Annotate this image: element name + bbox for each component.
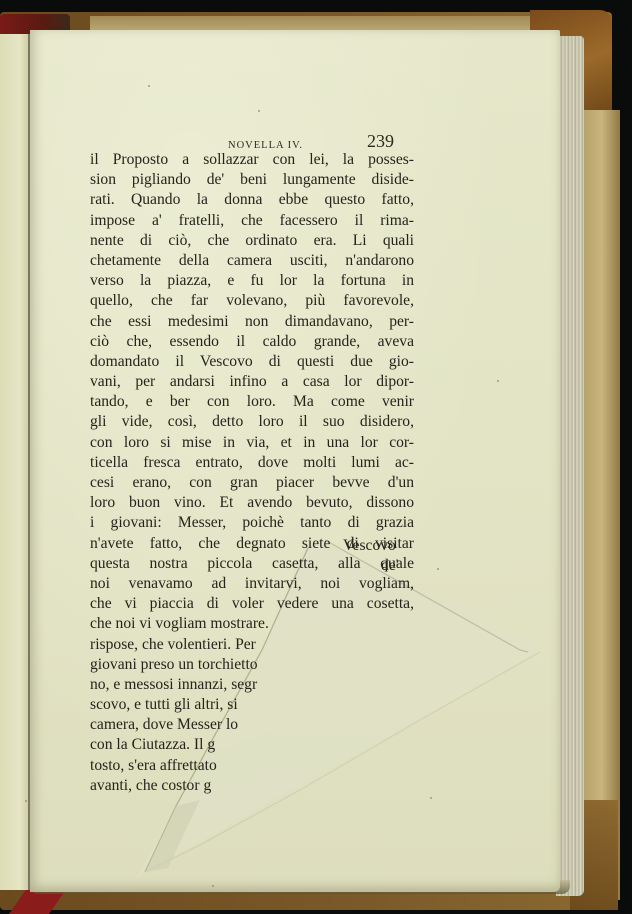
text-line: con loro si mise in via, et in una lor c… — [90, 433, 414, 453]
text-line: avanti, che costor g — [90, 776, 414, 796]
text-line: vani, per andarsi infino a casa lor dipo… — [90, 372, 414, 392]
page-block-edges — [556, 36, 584, 896]
text-line: rispose, che volentieri. Per — [90, 635, 414, 655]
body-text: il Proposto a sollazzar con lei, la poss… — [90, 150, 414, 796]
text-line: che vi piaccia di voler vedere una coset… — [90, 594, 414, 614]
text-line: verso la piazza, e fu lor la fortuna in — [90, 271, 414, 291]
text-line: che essi medesimi non dimandavano, per- — [90, 312, 414, 332]
text-fragment-right: Vescovo — [343, 537, 396, 555]
text-line: tando, e ber con loro. Ma come venir — [90, 392, 414, 412]
text-line: sion pigliando de' beni lungamente disid… — [90, 170, 414, 190]
text-line: i giovani: Messer, poichè tanto di grazi… — [90, 513, 414, 533]
text-line: gli vide, così, detto loro il suo diside… — [90, 412, 414, 432]
text-line: camera, dove Messer lo — [90, 715, 414, 735]
text-line: giovani preso un torchietto — [90, 655, 414, 675]
text-line: no, e messosi innanzi, segr — [90, 675, 414, 695]
text-line: noi venavamo ad invitarvi, noi vogliam, — [90, 574, 414, 594]
cover-right-edge — [584, 110, 620, 900]
text-line: loro buon vino. Et avendo bevuto, disson… — [90, 493, 414, 513]
text-line: rati. Quando la donna ebbe questo fatto, — [90, 190, 414, 210]
text-line: chetamente della camera usciti, n'andaro… — [90, 251, 414, 271]
text-line: scovo, e tutti gli altri, si — [90, 695, 414, 715]
text-line: domandato il Vescovo di questi due gio- — [90, 352, 414, 372]
text-line: con la Ciutazza. Il g — [90, 735, 414, 755]
text-line: il Proposto a sollazzar con lei, la poss… — [90, 150, 414, 170]
verso-page-edge — [0, 34, 30, 890]
text-line: che noi vi vogliam mostrare. — [90, 614, 414, 634]
text-line: ticella fresca entrato, dove molti lumi … — [90, 453, 414, 473]
page-number: 239 — [367, 131, 394, 152]
text-fragment-right: de' — [381, 557, 399, 575]
text-line: cesi erano, con gran piacer bevve d'un — [90, 473, 414, 493]
scanned-book-spread: NOVELLA IV. 239 il Proposto a sollazzar … — [0, 0, 632, 914]
text-line: questa nostra piccola casetta, alla qual… — [90, 554, 414, 574]
text-line: impose a' fratelli, che facessero il rim… — [90, 211, 414, 231]
text-line: nente di ciò, che ordinato era. Li quali — [90, 231, 414, 251]
text-line: quello, che far volevano, più favorevole… — [90, 291, 414, 311]
text-line: tosto, s'era affrettato — [90, 756, 414, 776]
text-line: ciò che, essendo il caldo grande, aveva — [90, 332, 414, 352]
